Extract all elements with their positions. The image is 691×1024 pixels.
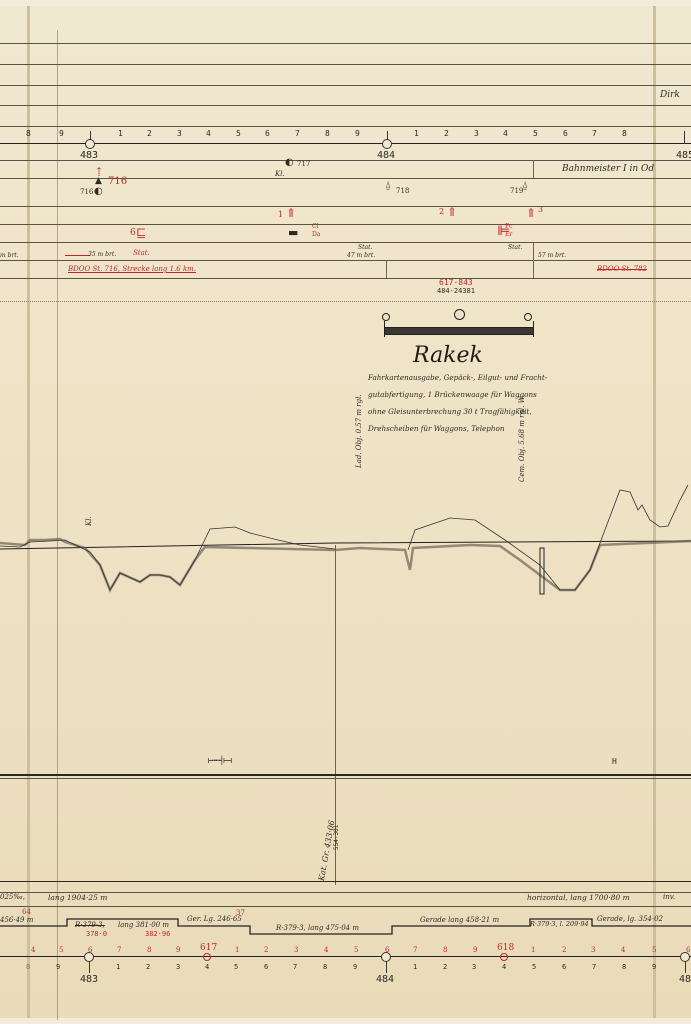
- straight-label: Gerade lang 458·21 m: [420, 916, 499, 924]
- alignment-label: 456·49 m: [0, 916, 33, 924]
- red-km-label: 617: [200, 943, 217, 953]
- curve-label: R·379·3, lang 475·04 m: [276, 924, 359, 932]
- straight-label: Ger. Lg. 246·65: [187, 915, 242, 923]
- bottom-km-scale-axis: [0, 956, 691, 957]
- curve-label: R·379·3, l. 209·94: [530, 920, 589, 928]
- red-km-marker: [500, 953, 508, 961]
- correction-red: 64: [22, 908, 31, 916]
- curve-length-new: 382·96: [145, 930, 170, 938]
- red-km-label: 618: [497, 943, 514, 953]
- red-km-marker: [203, 953, 211, 961]
- alignment-diagram: [0, 0, 691, 1024]
- curve-label-old: R·379·3,: [75, 921, 105, 929]
- km-label: 483: [80, 974, 98, 985]
- km-label: 484: [376, 974, 394, 985]
- curve-label-new: 378·0: [86, 930, 107, 938]
- straight-label: Gerade, lg. 354·02: [597, 915, 663, 923]
- km-label: 48: [679, 974, 691, 985]
- correction-red: 37: [236, 909, 245, 917]
- curve-length-old: lang 381·00 m: [118, 921, 169, 929]
